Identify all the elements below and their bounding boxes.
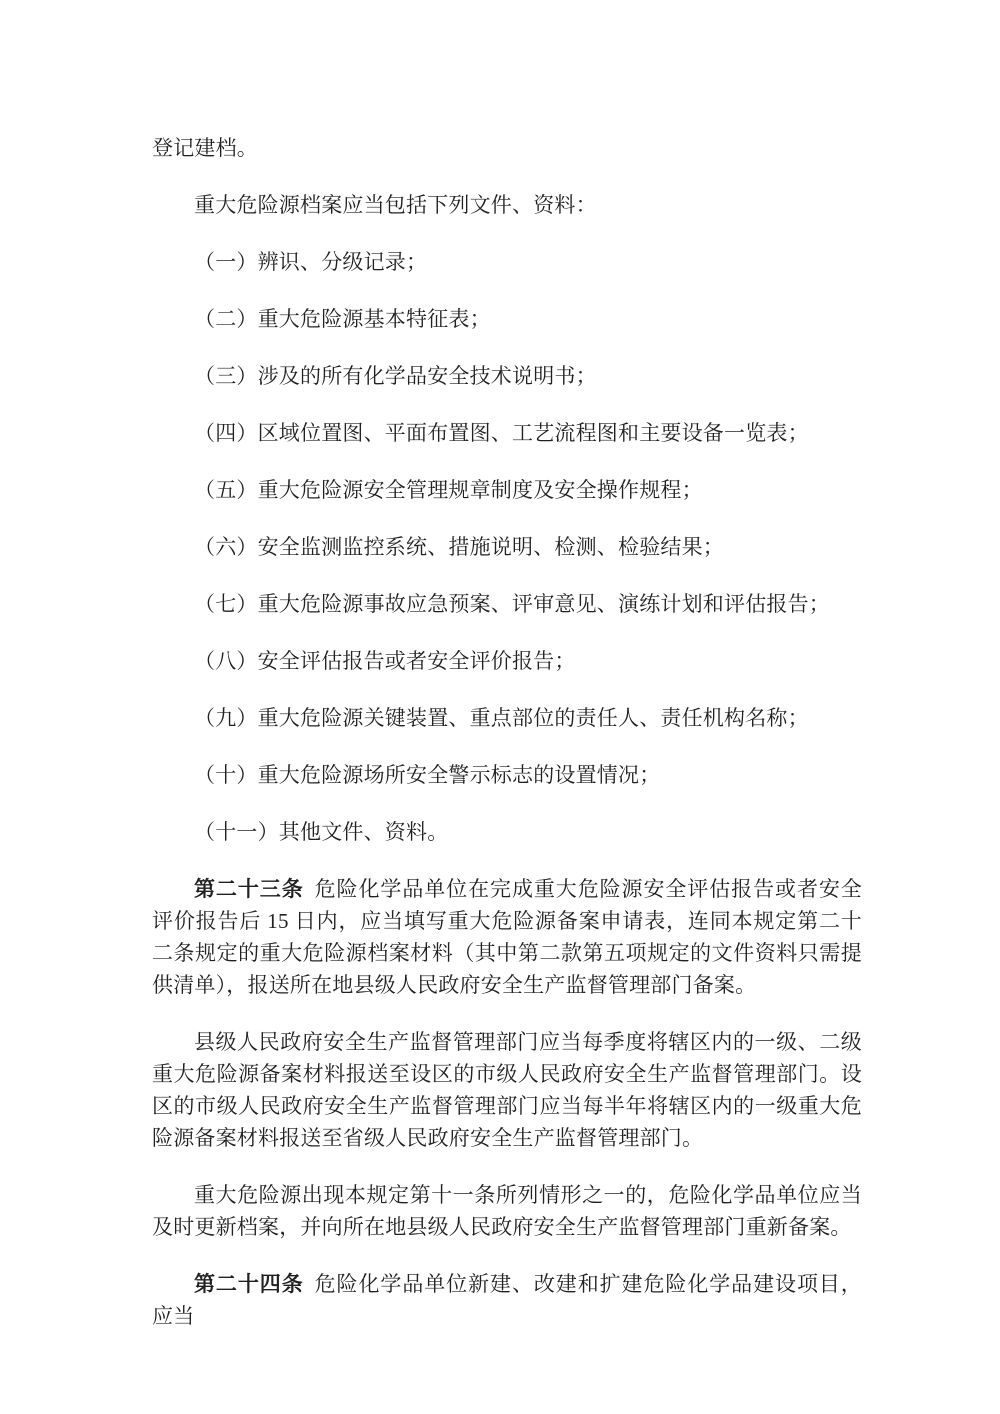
article-number: 第二十四条	[194, 1272, 304, 1296]
list-item: （二）重大危险源基本特征表；	[152, 303, 862, 335]
list-item: （十）重大危险源场所安全警示标志的设置情况；	[152, 759, 862, 791]
article-paragraph: 第二十三条危险化学品单位在完成重大危险源安全评估报告或者安全评价报告后 15 日…	[152, 873, 862, 1001]
list-item: （一）辨识、分级记录；	[152, 246, 862, 278]
paragraph: 重大危险源出现本规定第十一条所列情形之一的，危险化学品单位应当及时更新档案，并向…	[152, 1179, 862, 1243]
list-item: （三）涉及的所有化学品安全技术说明书；	[152, 360, 862, 392]
list-item: （六）安全监测监控系统、措施说明、检测、检验结果；	[152, 531, 862, 563]
paragraph: 县级人民政府安全生产监督管理部门应当每季度将辖区内的一级、二级重大危险源备案材料…	[152, 1026, 862, 1154]
list-item: （九）重大危险源关键装置、重点部位的责任人、责任机构名称；	[152, 702, 862, 734]
article-number: 第二十三条	[194, 877, 304, 901]
document-body: 登记建档。重大危险源档案应当包括下列文件、资料：（一）辨识、分级记录；（二）重大…	[152, 132, 862, 1332]
article-paragraph: 第二十四条危险化学品单位新建、改建和扩建危险化学品建设项目，应当	[152, 1268, 862, 1332]
list-item: （七）重大危险源事故应急预案、评审意见、演练计划和评估报告；	[152, 588, 862, 620]
list-item: （八）安全评估报告或者安全评价报告；	[152, 645, 862, 677]
document-page: 登记建档。重大危险源档案应当包括下列文件、资料：（一）辨识、分级记录；（二）重大…	[0, 0, 1000, 1414]
list-item: （十一）其他文件、资料。	[152, 816, 862, 848]
paragraph-continuation: 登记建档。	[152, 132, 862, 164]
list-item: （五）重大危险源安全管理规章制度及安全操作规程；	[152, 474, 862, 506]
list-item: （四）区域位置图、平面布置图、工艺流程图和主要设备一览表；	[152, 417, 862, 449]
paragraph: 重大危险源档案应当包括下列文件、资料：	[152, 189, 862, 221]
